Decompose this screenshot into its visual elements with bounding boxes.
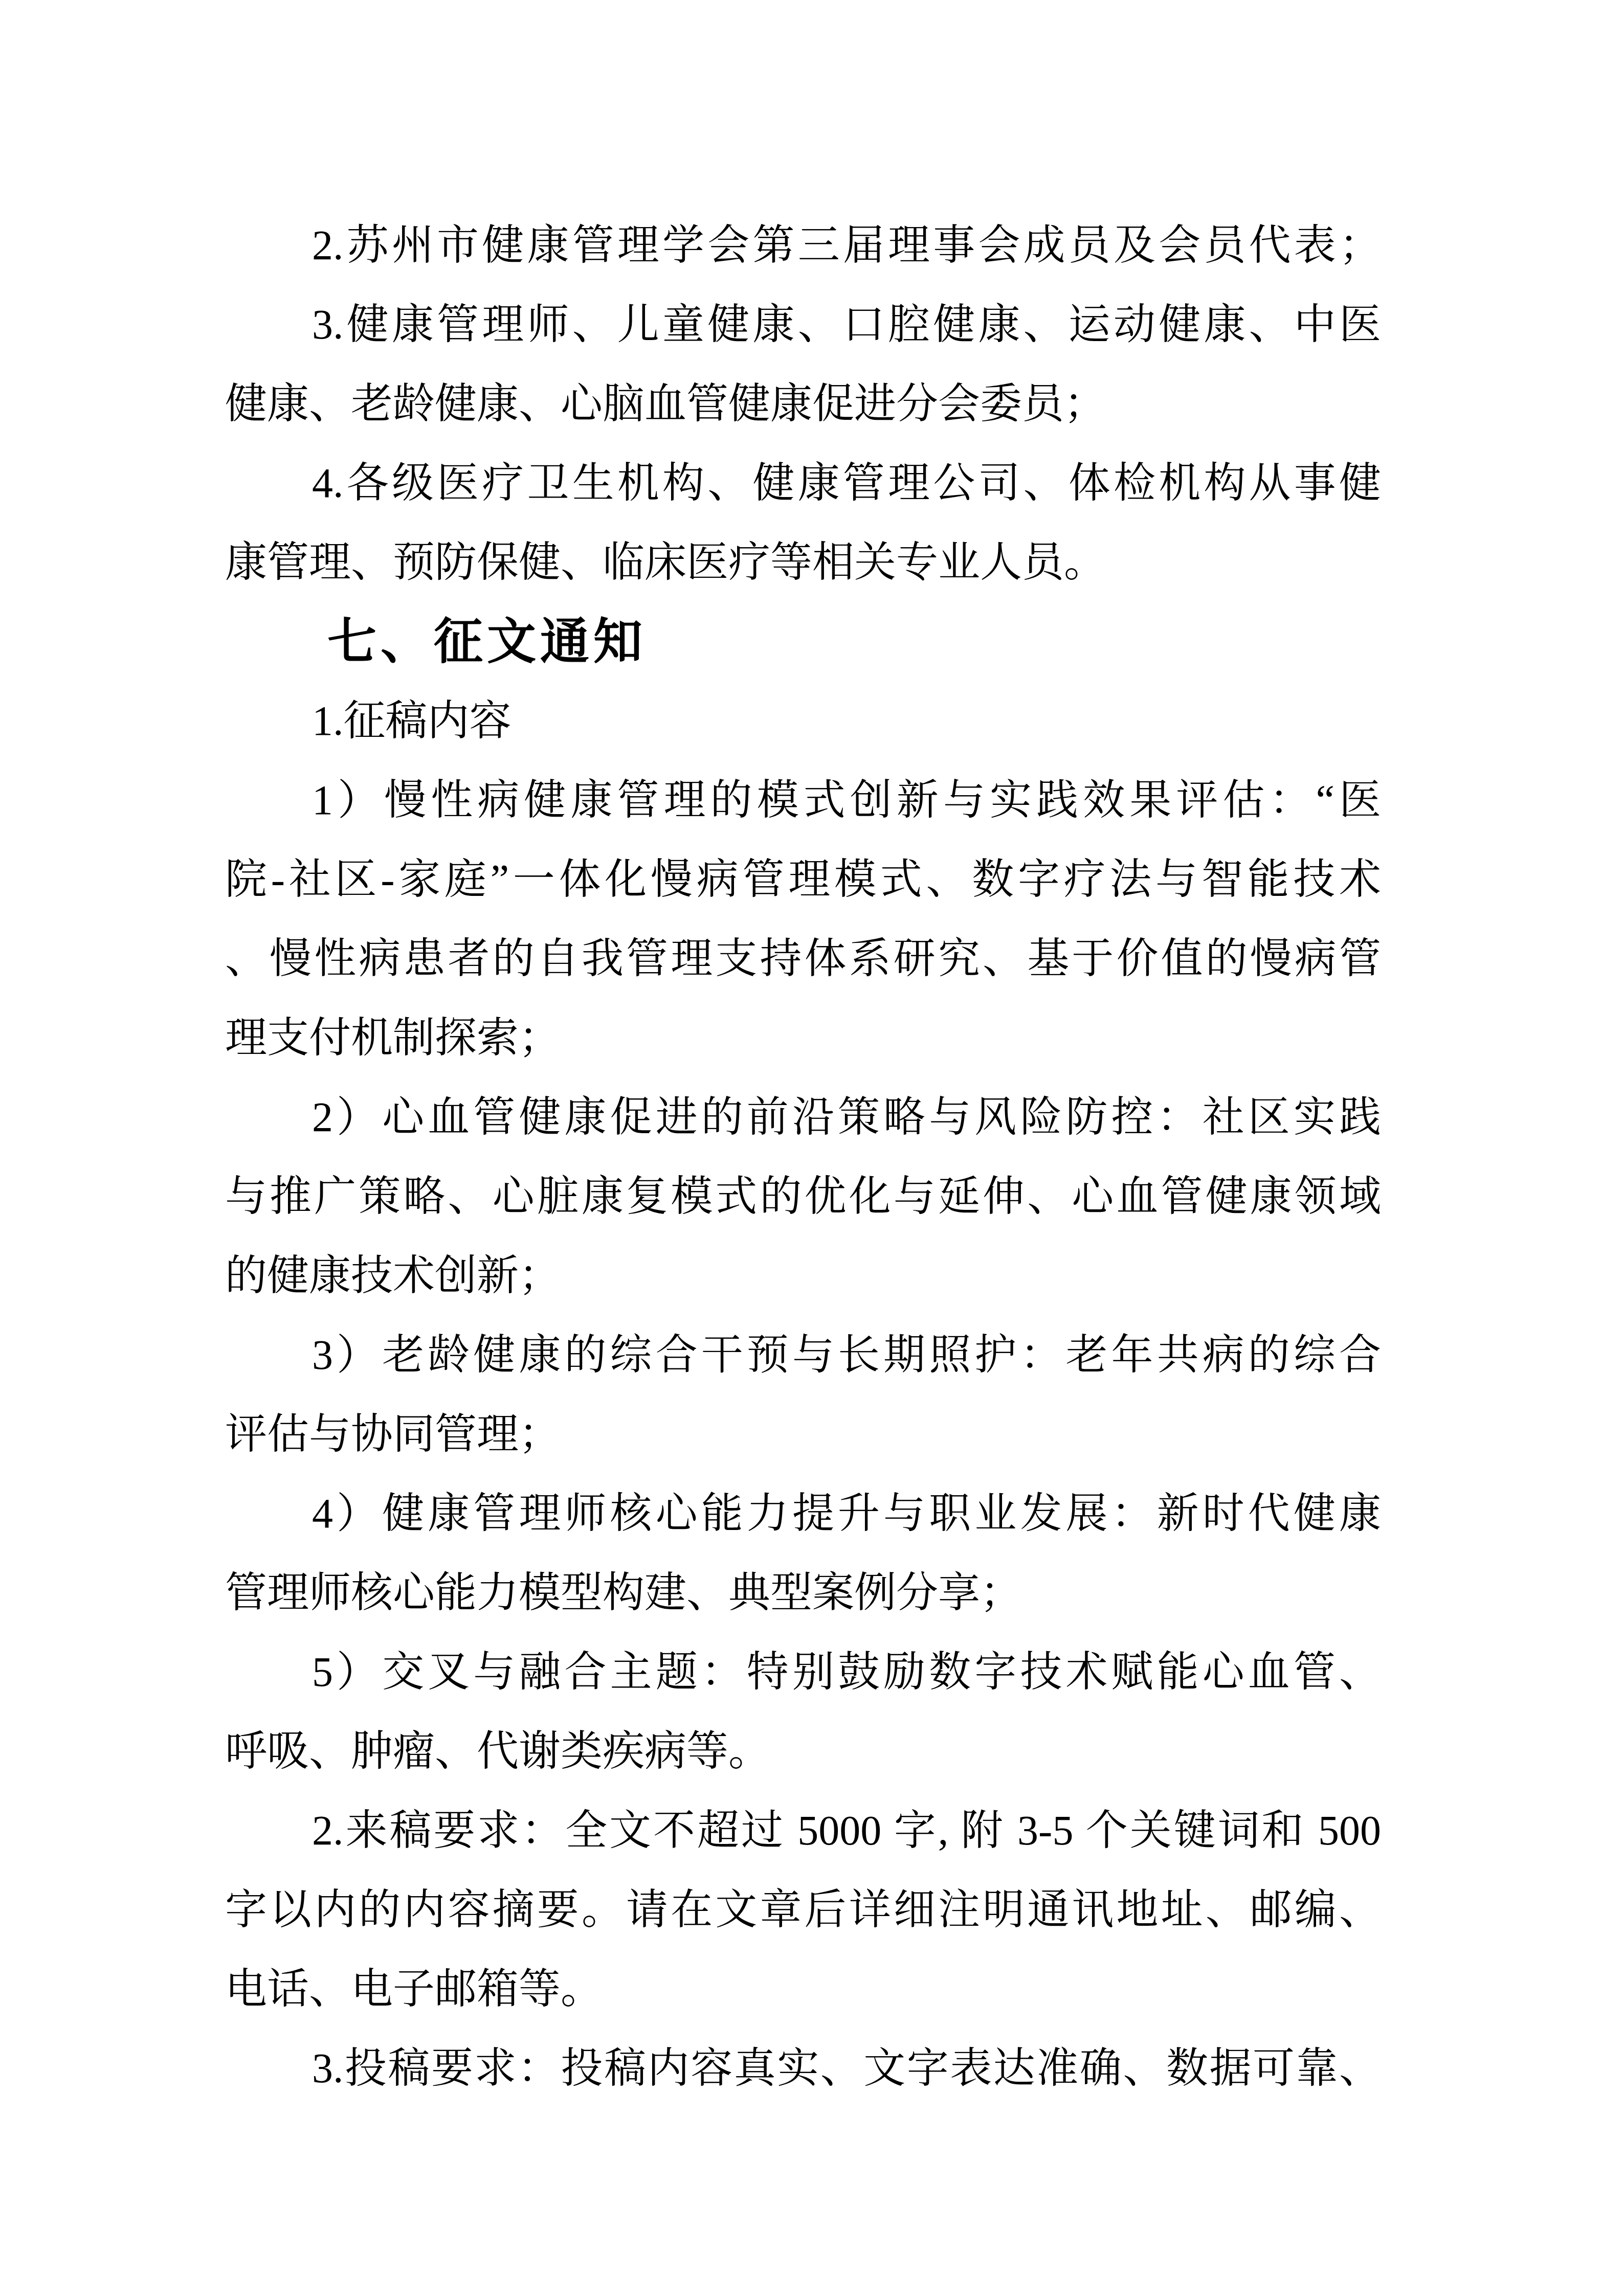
text-line-23: 电话、电子邮箱等。 bbox=[225, 1949, 1381, 2029]
text-line-14: 的健康技术创新； bbox=[225, 1236, 1381, 1315]
text-line-24: 3.投稿要求：投稿内容真实、文字表达准确、数据可靠、 bbox=[225, 2029, 1381, 2108]
text-line-22: 字以内的内容摘要。请在文章后详细注明通讯地址、邮编、 bbox=[225, 1870, 1381, 1949]
text-line-1: 2.苏州市健康管理学会第三届理事会成员及会员代表； bbox=[225, 206, 1381, 285]
text-line-15: 3）老龄健康的综合干预与长期照护：老年共病的综合 bbox=[225, 1315, 1381, 1394]
text-line-12: 2）心血管健康促进的前沿策略与风险防控：社区实践 bbox=[225, 1077, 1381, 1157]
text-line-18: 管理师核心能力模型构建、典型案例分享； bbox=[225, 1553, 1381, 1632]
text-line-10: 、慢性病患者的自我管理支持体系研究、基于价值的慢病管 bbox=[225, 919, 1381, 998]
text-line-8: 1）慢性病健康管理的模式创新与实践效果评估：“医 bbox=[225, 760, 1381, 840]
document-text-block: 2.苏州市健康管理学会第三届理事会成员及会员代表；3.健康管理师、儿童健康、口腔… bbox=[225, 206, 1381, 2108]
text-line-16: 评估与协同管理； bbox=[225, 1394, 1381, 1474]
text-line-19: 5）交叉与融合主题：特别鼓励数字技术赋能心血管、 bbox=[225, 1632, 1381, 1712]
text-line-20: 呼吸、肿瘤、代谢类疾病等。 bbox=[225, 1712, 1381, 1791]
text-line-7: 1.征稿内容 bbox=[225, 681, 1381, 760]
text-line-9: 院-社区-家庭”一体化慢病管理模式、数字疗法与智能技术 bbox=[225, 840, 1381, 919]
text-line-5: 康管理、预防保健、临床医疗等相关专业人员。 bbox=[225, 523, 1381, 602]
text-line-21: 2.来稿要求：全文不超过 5000 字, 附 3-5 个关键词和 500 bbox=[225, 1791, 1381, 1870]
text-line-11: 理支付机制探索； bbox=[225, 998, 1381, 1077]
text-line-13: 与推广策略、心脏康复模式的优化与延伸、心血管健康领域 bbox=[225, 1157, 1381, 1236]
section-heading: 七、征文通知 bbox=[225, 602, 1381, 681]
document-page: 2.苏州市健康管理学会第三届理事会成员及会员代表；3.健康管理师、儿童健康、口腔… bbox=[0, 0, 1624, 2296]
text-line-3: 健康、老龄健康、心脑血管健康促进分会委员； bbox=[225, 364, 1381, 443]
text-line-17: 4）健康管理师核心能力提升与职业发展：新时代健康 bbox=[225, 1474, 1381, 1553]
text-line-4: 4.各级医疗卫生机构、健康管理公司、体检机构从事健 bbox=[225, 443, 1381, 523]
text-line-2: 3.健康管理师、儿童健康、口腔健康、运动健康、中医 bbox=[225, 285, 1381, 364]
